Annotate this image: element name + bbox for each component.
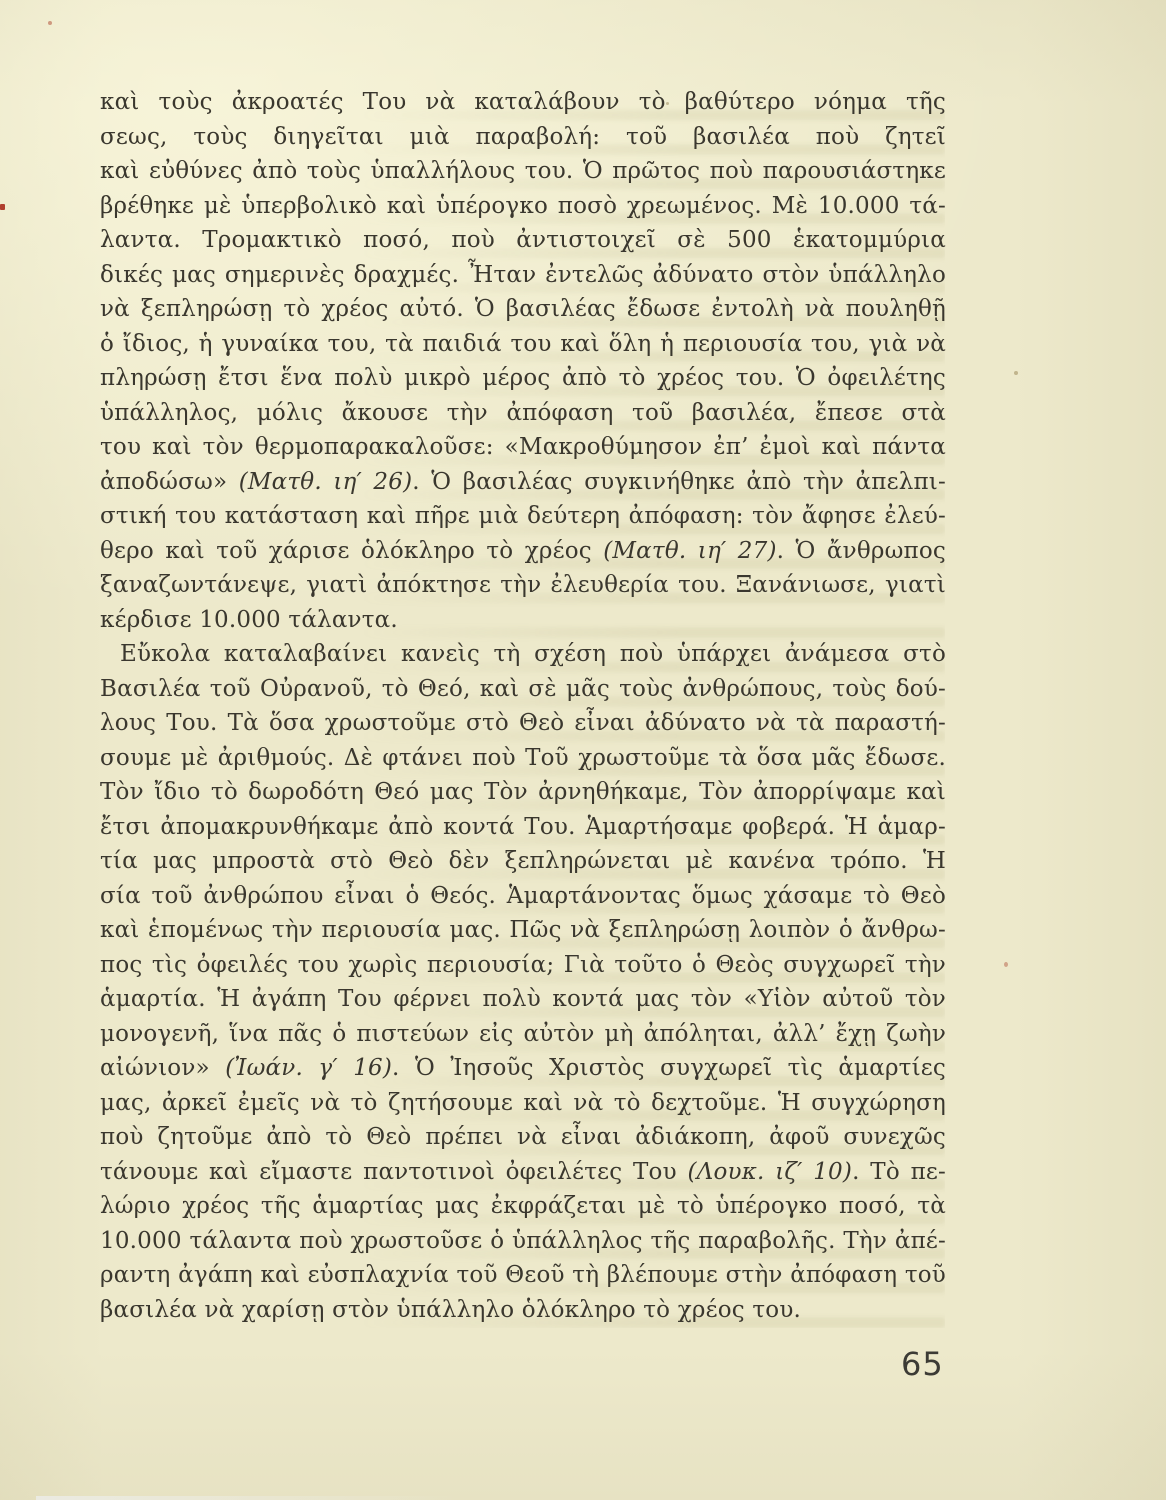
text-line: ὑπάλληλος, μόλις ἄκουσε τὴν ἀπόφαση τοῦ … <box>100 396 946 431</box>
text-segment: ὑπάλληλος, μόλις ἄκουσε τὴν ἀπόφαση τοῦ … <box>100 400 946 431</box>
scripture-reference: (Λουκ. ιζ′ 10) <box>688 1159 853 1185</box>
text-segment: θερο καὶ τοῦ χάρισε ὁλόκληρο τὸ χρέος <box>100 538 603 564</box>
text-segment: Βασιλέα τοῦ Οὐρανοῦ, τὸ Θεό, καὶ σὲ μᾶς … <box>100 676 946 702</box>
text-line: λους Του. Τὰ ὅσα χρωστοῦμε στὸ Θεὸ εἶναι… <box>100 706 946 741</box>
text-line: τία μας μπροστὰ στὸ Θεὸ δὲν ξεπληρώνεται… <box>100 844 946 879</box>
text-segment: πληρώσῃ ἔτσι ἕνα πολὺ μικρὸ μέρος ἀπὸ τὸ… <box>100 365 946 391</box>
text-line: καὶ εὐθύνες ἀπὸ τοὺς ὑπαλλήλους του. Ὁ π… <box>100 154 946 189</box>
text-line: βρέθηκε μὲ ὑπερβολικὸ καὶ ὑπέρογκο ποσὸ … <box>100 189 946 224</box>
text-line: τάνουμε καὶ εἴμαστε παντοτινοὶ ὀφειλέτες… <box>100 1155 946 1190</box>
text-line: ποὺ ζητοῦμε ἀπὸ τὸ Θεὸ πρέπει νὰ εἶναι ἀ… <box>100 1120 946 1155</box>
text-segment: σία τοῦ ἀνθρώπου εἶναι ὁ Θεός. Ἁμαρτάνον… <box>100 883 946 909</box>
text-line: ἁμαρτία. Ἡ ἀγάπη Του φέρνει πολὺ κοντά μ… <box>100 982 946 1017</box>
text-segment: . Ὁ ἄνθρωπος <box>777 538 946 564</box>
text-line: καὶ ἑπομένως τὴν περιουσία μας. Πῶς νὰ ξ… <box>100 913 946 948</box>
text-line: του καὶ τὸν θερμοπαρακαλοῦσε: «Μακροθύμη… <box>100 430 946 465</box>
text-line: θερο καὶ τοῦ χάρισε ὁλόκληρο τὸ χρέος (Μ… <box>100 534 946 569</box>
text-line: ἔτσι ἀπομακρυνθήκαμε ἀπὸ κοντά Του. Ἁμαρ… <box>100 810 946 845</box>
text-line: σουμε μὲ ἀριθμούς. Δὲ φτάνει ποὺ Τοῦ χρω… <box>100 741 946 776</box>
text-segment: ραντη ἀγάπη καὶ εὐσπλαχνία τοῦ Θεοῦ τὴ β… <box>100 1262 946 1288</box>
text-segment: . Ὁ Ἰησοῦς Χριστὸς συγχωρεῖ τὶς ἁμαρτίες <box>392 1055 946 1081</box>
text-line: ραντη ἀγάπη καὶ εὐσπλαχνία τοῦ Θεοῦ τὴ β… <box>100 1258 946 1293</box>
red-ink-mark-left-edge <box>0 204 5 210</box>
text-line: καὶ τοὺς ἀκροατές Του νὰ καταλάβουν τὸ β… <box>100 85 946 120</box>
text-segment: καὶ ἑπομένως τὴν περιουσία μας. Πῶς νὰ ξ… <box>100 917 946 943</box>
text-segment: Τὸν ἴδιο τὸ δωροδότη Θεό μας Τὸν ἀρνηθήκ… <box>100 779 946 805</box>
text-line: 10.000 τάλαντα ποὺ χρωστοῦσε ὁ ὑπάλληλος… <box>100 1224 946 1259</box>
text-segment: μονογενῆ, ἵνα πᾶς ὁ πιστεύων εἰς αὐτὸν μ… <box>100 1021 946 1047</box>
scripture-reference: (Ματθ. ιη′ 27) <box>603 538 776 564</box>
scan-edge-bottom <box>36 1496 456 1500</box>
text-line: μονογενῆ, ἵνα πᾶς ὁ πιστεύων εἰς αὐτὸν μ… <box>100 1017 946 1052</box>
text-segment: νὰ ξεπληρώσῃ τὸ χρέος αὐτό. Ὁ βασιλέας ἔ… <box>100 296 946 322</box>
text-line: λώριο χρέος τῆς ἁμαρτίας μας ἐκφράζεται … <box>100 1189 946 1224</box>
text-segment: ποὺ ζητοῦμε ἀπὸ τὸ Θεὸ πρέπει νὰ εἶναι ἀ… <box>100 1124 946 1155</box>
text-line: σία τοῦ ἀνθρώπου εἶναι ὁ Θεός. Ἁμαρτάνον… <box>100 879 946 914</box>
text-segment: σεως, τοὺς διηγεῖται μιὰ παραβολή: τοῦ β… <box>100 124 946 155</box>
text-segment: κέρδισε 10.000 τάλαντα. <box>100 607 398 633</box>
text-line: μας, ἀρκεῖ ἐμεῖς νὰ τὸ ζητήσουμε καὶ νὰ … <box>100 1086 946 1121</box>
text-line: λαντα. Τρομακτικὸ ποσό, ποὺ ἀντιστοιχεῖ … <box>100 223 946 258</box>
text-line: Βασιλέα τοῦ Οὐρανοῦ, τὸ Θεό, καὶ σὲ μᾶς … <box>100 672 946 707</box>
text-line: κέρδισε 10.000 τάλαντα. <box>100 603 946 638</box>
paper-speck-right-1 <box>1014 371 1018 375</box>
text-segment: λαντα. Τρομακτικὸ ποσό, ποὺ ἀντιστοιχεῖ … <box>100 227 946 258</box>
text-segment: βασιλέα νὰ χαρίσῃ στὸν ὑπάλληλο ὁλόκληρο… <box>100 1297 801 1323</box>
text-line: νὰ ξεπληρώσῃ τὸ χρέος αὐτό. Ὁ βασιλέας ἔ… <box>100 292 946 327</box>
text-line: Εὔκολα καταλαβαίνει κανεὶς τὴ σχέση ποὺ … <box>100 637 946 672</box>
text-line: στική του κατάσταση καὶ πῆρε μιὰ δεύτερη… <box>100 499 946 534</box>
text-segment: ἔτσι ἀπομακρυνθήκαμε ἀπὸ κοντά Του. Ἁμαρ… <box>100 814 946 840</box>
text-line: σεως, τοὺς διηγεῖται μιὰ παραβολή: τοῦ β… <box>100 120 946 155</box>
text-segment: μας, ἀρκεῖ ἐμεῖς νὰ τὸ ζητήσουμε καὶ νὰ … <box>100 1090 946 1116</box>
text-segment: του καὶ τὸν θερμοπαρακαλοῦσε: «Μακροθύμη… <box>100 434 946 465</box>
paper-speck-mid <box>666 102 669 105</box>
text-segment: καὶ εὐθύνες ἀπὸ τοὺς ὑπαλλήλους του. Ὁ π… <box>100 158 946 184</box>
text-segment: 10.000 τάλαντα ποὺ χρωστοῦσε ὁ ὑπάλληλος… <box>100 1228 946 1254</box>
text-segment: τία μας μπροστὰ στὸ Θεὸ δὲν ξεπληρώνεται… <box>100 848 946 879</box>
text-segment: ἀποδώσω» <box>100 469 239 495</box>
text-segment: λους Του. Τὰ ὅσα χρωστοῦμε στὸ Θεὸ εἶναι… <box>100 710 946 736</box>
text-segment: αἰώνιον» <box>100 1055 225 1081</box>
scripture-reference: (Ματθ. ιη′ 26) <box>239 469 413 495</box>
text-segment: . Ὁ βασιλέας συγκινήθηκε ἀπὸ τὴν ἀπελπι- <box>412 469 946 495</box>
text-segment: δικές μας σημερινὲς δραχμές. Ἦταν ἐντελῶ… <box>100 262 946 288</box>
text-segment: τάνουμε καὶ εἴμαστε παντοτινοὶ ὀφειλέτες… <box>100 1159 688 1185</box>
book-page: καὶ τοὺς ἀκροατές Του νὰ καταλάβουν τὸ β… <box>0 0 1166 1500</box>
text-segment: ξαναζωντάνεψε, γιατὶ ἀπόκτησε τὴν ἐλευθε… <box>100 572 946 598</box>
text-line: βασιλέα νὰ χαρίσῃ στὸν ὑπάλληλο ὁλόκληρο… <box>100 1293 946 1328</box>
text-segment: ἁμαρτία. Ἡ ἀγάπη Του φέρνει πολὺ κοντά μ… <box>100 986 946 1012</box>
text-line: πος τὶς ὀφειλές του χωρὶς περιουσία; Γιὰ… <box>100 948 946 983</box>
text-line: Τὸν ἴδιο τὸ δωροδότη Θεό μας Τὸν ἀρνηθήκ… <box>100 775 946 810</box>
paper-speck-right-2 <box>1004 962 1008 967</box>
page-text-block: καὶ τοὺς ἀκροατές Του νὰ καταλάβουν τὸ β… <box>100 85 946 1327</box>
text-segment: ὁ ἴδιος, ἡ γυναίκα του, τὰ παιδιά του κα… <box>100 331 946 357</box>
text-line: αἰώνιον» (Ἰωάν. γ′ 16). Ὁ Ἰησοῦς Χριστὸς… <box>100 1051 946 1086</box>
text-segment: σουμε μὲ ἀριθμούς. Δὲ φτάνει ποὺ Τοῦ χρω… <box>100 745 946 771</box>
text-line: δικές μας σημερινὲς δραχμές. Ἦταν ἐντελῶ… <box>100 258 946 293</box>
text-segment: πος τὶς ὀφειλές του χωρὶς περιουσία; Γιὰ… <box>100 952 946 978</box>
text-segment: καὶ τοὺς ἀκροατές Του νὰ καταλάβουν τὸ β… <box>100 89 946 120</box>
scripture-reference: (Ἰωάν. γ′ 16) <box>225 1055 392 1081</box>
text-line: ξαναζωντάνεψε, γιατὶ ἀπόκτησε τὴν ἐλευθε… <box>100 568 946 603</box>
text-segment: Εὔκολα καταλαβαίνει κανεὶς τὴ σχέση ποὺ … <box>120 641 946 667</box>
page-number: 65 <box>901 1347 944 1381</box>
text-segment: . Τὸ πε- <box>852 1159 946 1185</box>
text-line: πληρώσῃ ἔτσι ἕνα πολὺ μικρὸ μέρος ἀπὸ τὸ… <box>100 361 946 396</box>
text-segment: λώριο χρέος τῆς ἁμαρτίας μας ἐκφράζεται … <box>100 1193 946 1219</box>
text-line: ἀποδώσω» (Ματθ. ιη′ 26). Ὁ βασιλέας συγκ… <box>100 465 946 500</box>
text-line: ὁ ἴδιος, ἡ γυναίκα του, τὰ παιδιά του κα… <box>100 327 946 362</box>
text-segment: βρέθηκε μὲ ὑπερβολικὸ καὶ ὑπέρογκο ποσὸ … <box>100 193 946 219</box>
text-segment: στική του κατάσταση καὶ πῆρε μιὰ δεύτερη… <box>100 503 946 529</box>
paper-speck-top <box>48 21 52 25</box>
